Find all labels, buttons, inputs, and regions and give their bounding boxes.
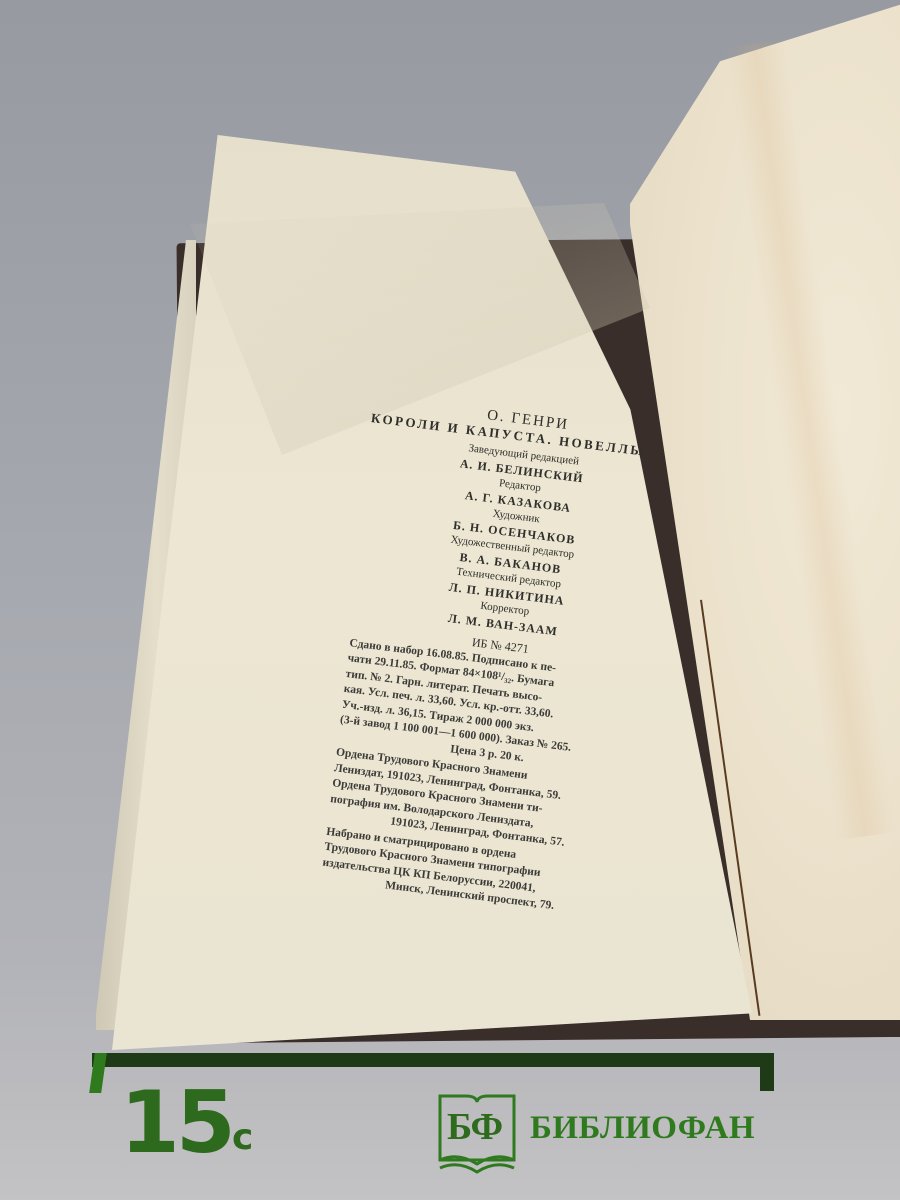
watermark-bar: [92, 1053, 774, 1067]
brand-name: БИБЛИОФАН: [530, 1112, 755, 1145]
imprint-page-text: О. ГЕНРИ КОРОЛИ И КАПУСТА. НОВЕЛЛЫ Завед…: [320, 395, 678, 922]
age-suffix: с: [232, 1120, 253, 1156]
logo-letters: БФ: [447, 1108, 502, 1146]
age-number: 15: [120, 1080, 232, 1166]
watermark-bar-tick: [760, 1053, 774, 1091]
photo-scene: О. ГЕНРИ КОРОЛИ И КАПУСТА. НОВЕЛЛЫ Завед…: [0, 0, 900, 1200]
